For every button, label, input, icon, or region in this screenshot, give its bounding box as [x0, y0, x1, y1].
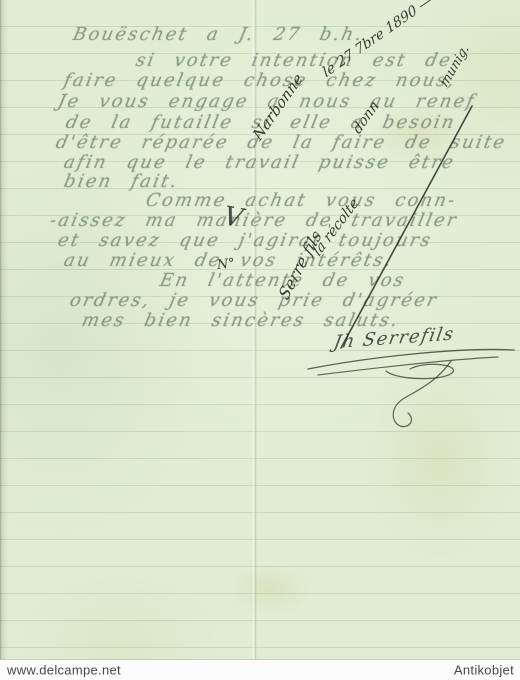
ink-number-mark: N°: [216, 256, 235, 274]
letter-line: mes bien sincères saluts.: [80, 312, 401, 330]
ink-check-mark: V: [223, 208, 244, 227]
letter-line: d'être réparée de la faire de suite: [54, 134, 508, 152]
letter-line: afin que le travail puisse être: [62, 154, 457, 172]
letter-line: Comme achat vous conn-: [144, 192, 458, 210]
letter-scan: Bouëschet a J. 27 b.h. si votre intentio…: [0, 0, 520, 680]
letter-line: ordres, je vous prie d'agréer: [68, 292, 440, 310]
signature-flourish-tail: [393, 361, 451, 427]
watermark-strip: www.delcampe.net Antikobjet: [0, 659, 520, 680]
letter-line: et savez que j'agirai toujours: [56, 232, 434, 250]
signature-flourish-loop: [386, 364, 453, 378]
letter-line: -aissez ma manière de travailler: [48, 212, 459, 230]
letter-paper: Bouëschet a J. 27 b.h. si votre intentio…: [0, 0, 520, 659]
letter-line: Bouëschet a J. 27 b.h.: [71, 26, 365, 44]
letter-line: si votre intention est de: [134, 52, 454, 70]
letter-line: faire quelque chose chez nous,: [62, 72, 458, 90]
signature-flourish-line: [318, 357, 498, 375]
letter-line: bien fait.: [62, 173, 180, 191]
watermark-delcampe: www.delcampe.net: [7, 663, 121, 678]
watermark-antikobjet: Antikobjet: [454, 663, 514, 678]
